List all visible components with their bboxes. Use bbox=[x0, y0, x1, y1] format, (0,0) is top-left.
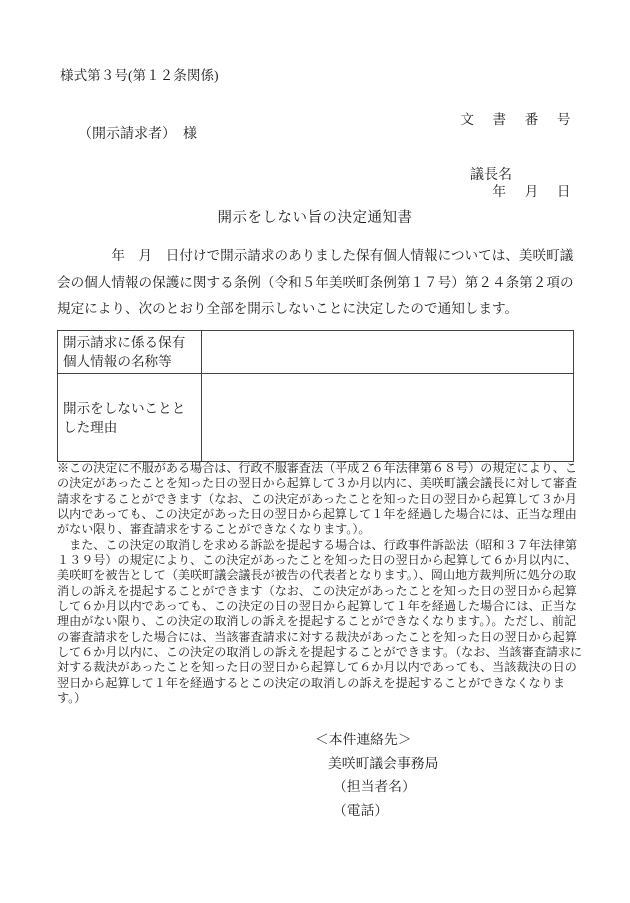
doc-number-label: 文 書 番 号 bbox=[460, 108, 573, 132]
table-label-reason: 開示をしないことと した理由 bbox=[58, 374, 202, 462]
contact-person: （担当者名） bbox=[315, 775, 438, 799]
contact-heading: ＜本件連絡先＞ bbox=[315, 728, 438, 752]
table-value-held-info-name bbox=[202, 331, 574, 374]
table-row-reason: 開示をしないことと した理由 bbox=[58, 374, 574, 462]
contact-block: ＜本件連絡先＞ 美咲町議会事務局 （担当者名） （電話） bbox=[315, 728, 438, 822]
appeal-instructions-note: ※この決定に不服がある場合は、行政不服審査法（平成２６年法律第６８号）の規定によ… bbox=[57, 461, 582, 707]
document-title: 開示をしない旨の決定通知書 bbox=[0, 206, 630, 227]
addressee-line: （開示請求者） 様 bbox=[78, 123, 197, 143]
document-page: 様式第３号(第１２条関係) 文 書 番 号 年 月 日 （開示請求者） 様 議長… bbox=[0, 0, 630, 903]
contact-office: 美咲町議会事務局 bbox=[315, 752, 438, 776]
issuer-name: 議長名 bbox=[470, 164, 512, 184]
form-number: 様式第３号(第１２条関係) bbox=[60, 64, 219, 84]
table-value-reason bbox=[202, 374, 574, 462]
table-row-name: 開示請求に係る保有 個人情報の名称等 bbox=[58, 331, 574, 374]
decision-table: 開示請求に係る保有 個人情報の名称等 開示をしないことと した理由 bbox=[57, 330, 574, 462]
table-label-held-info-name: 開示請求に係る保有 個人情報の名称等 bbox=[58, 331, 202, 374]
contact-phone: （電話） bbox=[315, 799, 438, 823]
body-paragraph: 年 月 日付けで開示請求のありました保有個人情報については、美咲町議 会の個人情… bbox=[57, 243, 574, 323]
